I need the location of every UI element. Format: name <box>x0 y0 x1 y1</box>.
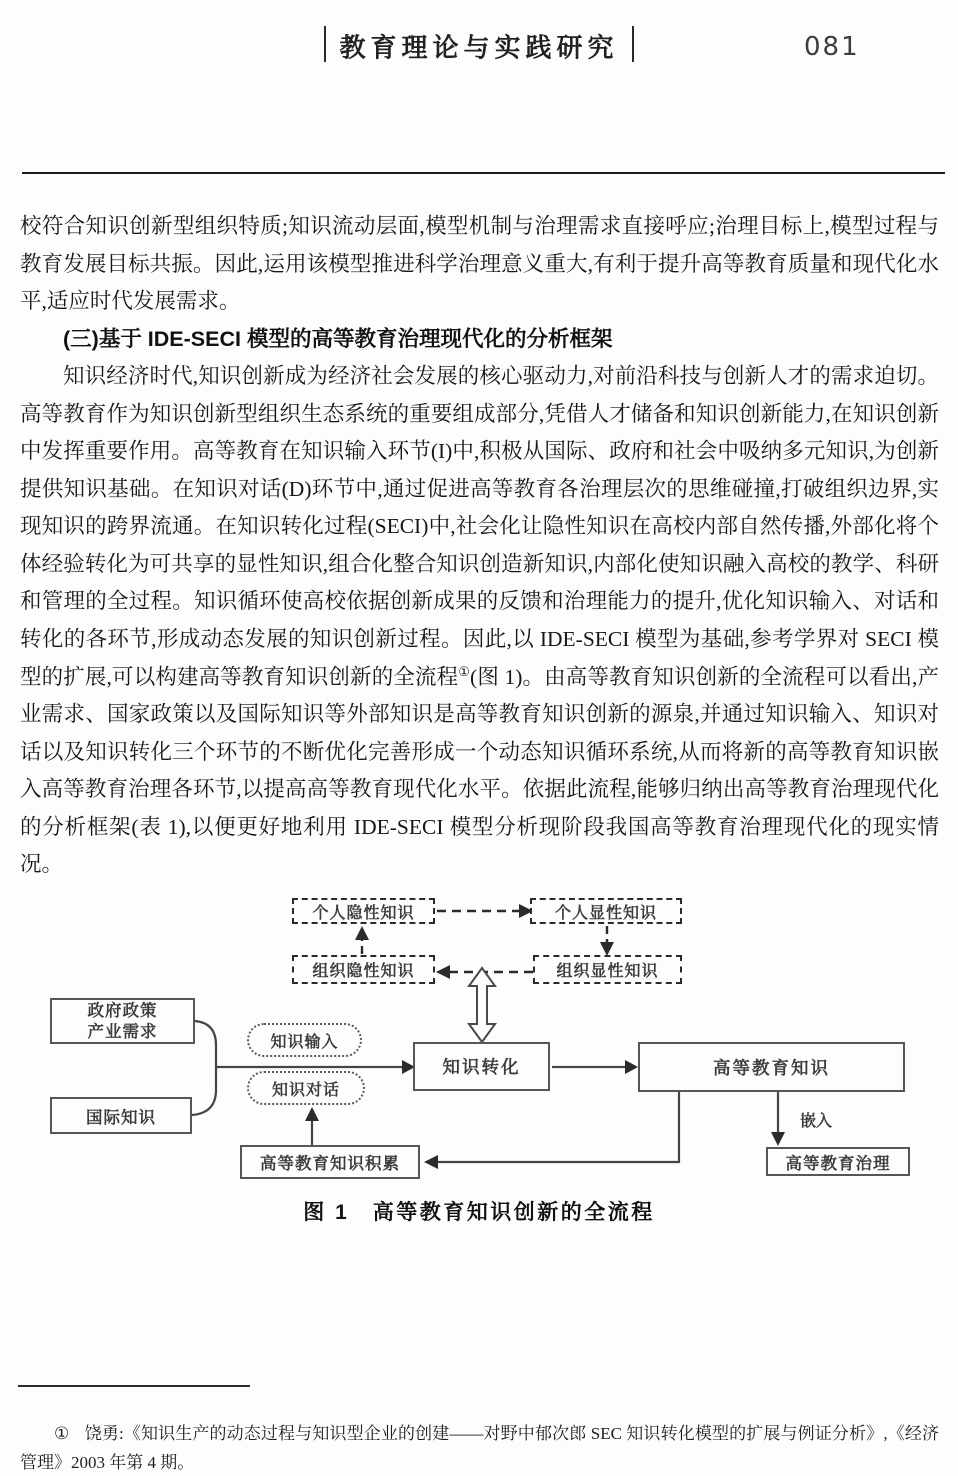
node-personal-tacit-knowledge: 个人隐性知识 <box>292 898 435 924</box>
node-higher-education-knowledge: 高等教育知识 <box>638 1042 905 1092</box>
header-right-bar <box>632 26 634 62</box>
node-personal-explicit-knowledge: 个人显性知识 <box>530 898 682 924</box>
footnote-separator <box>18 1385 250 1387</box>
node-gov-policy-industry-demand: 政府政策 产业需求 <box>50 998 195 1044</box>
footnote-reference-mark: ① <box>458 663 470 678</box>
industry-demand-line: 产业需求 <box>88 1021 158 1042</box>
node-org-tacit-knowledge: 组织隐性知识 <box>292 955 435 984</box>
paragraph-continuation: 校符合知识创新型组织特质;知识流动层面,模型机制与治理需求直接呼应;治理目标上,… <box>20 208 939 321</box>
figure-1-diagram: 个人隐性知识 个人显性知识 组织隐性知识 组织显性知识 政府政策 产业需求 国际… <box>0 885 958 1235</box>
node-knowledge-dialogue: 知识对话 <box>247 1071 365 1105</box>
paragraph-main: 知识经济时代,知识创新成为经济社会发展的核心驱动力,对前沿科技与创新人才的需求迫… <box>20 358 939 884</box>
page-number: 081 <box>804 32 860 62</box>
node-he-knowledge-accumulation: 高等教育知识积累 <box>240 1145 420 1179</box>
node-higher-education-governance: 高等教育治理 <box>766 1147 910 1176</box>
paragraph-main-part2: (图 1)。由高等教育知识创新的全流程可以看出,产业需求、国家政策以及国际知识等… <box>20 665 939 877</box>
footnote-marker: ① <box>54 1424 69 1443</box>
gov-policy-line: 政府政策 <box>88 1000 158 1021</box>
figure-caption: 图 1 高等教育知识创新的全流程 <box>0 1196 958 1226</box>
footnote-text: 饶勇:《知识生产的动态过程与知识型企业的创建——对野中郁次郎 SEC 知识转化模… <box>20 1424 939 1472</box>
journal-page: 教育理论与实践研究 081 校符合知识创新型组织特质;知识流动层面,模型机制与治… <box>0 0 958 1476</box>
node-org-explicit-knowledge: 组织显性知识 <box>533 955 682 984</box>
embed-arrow-label: 嵌入 <box>800 1108 832 1131</box>
journal-title-text: 教育理论与实践研究 <box>339 33 618 63</box>
footnote: ①饶勇:《知识生产的动态过程与知识型企业的创建——对野中郁次郎 SEC 知识转化… <box>20 1419 939 1476</box>
node-knowledge-transformation: 知识转化 <box>413 1042 550 1091</box>
section-heading: (三)基于 IDE-SECI 模型的高等教育治理现代化的分析框架 <box>20 321 939 359</box>
node-knowledge-input: 知识输入 <box>247 1023 362 1057</box>
paragraph-main-part1: 知识经济时代,知识创新成为经济社会发展的核心驱动力,对前沿科技与创新人才的需求迫… <box>20 364 939 688</box>
header-rule <box>22 172 945 174</box>
node-international-knowledge: 国际知识 <box>50 1097 192 1134</box>
body-text: 校符合知识创新型组织特质;知识流动层面,模型机制与治理需求直接呼应;治理目标上,… <box>20 208 939 884</box>
header-left-bar <box>324 26 326 62</box>
